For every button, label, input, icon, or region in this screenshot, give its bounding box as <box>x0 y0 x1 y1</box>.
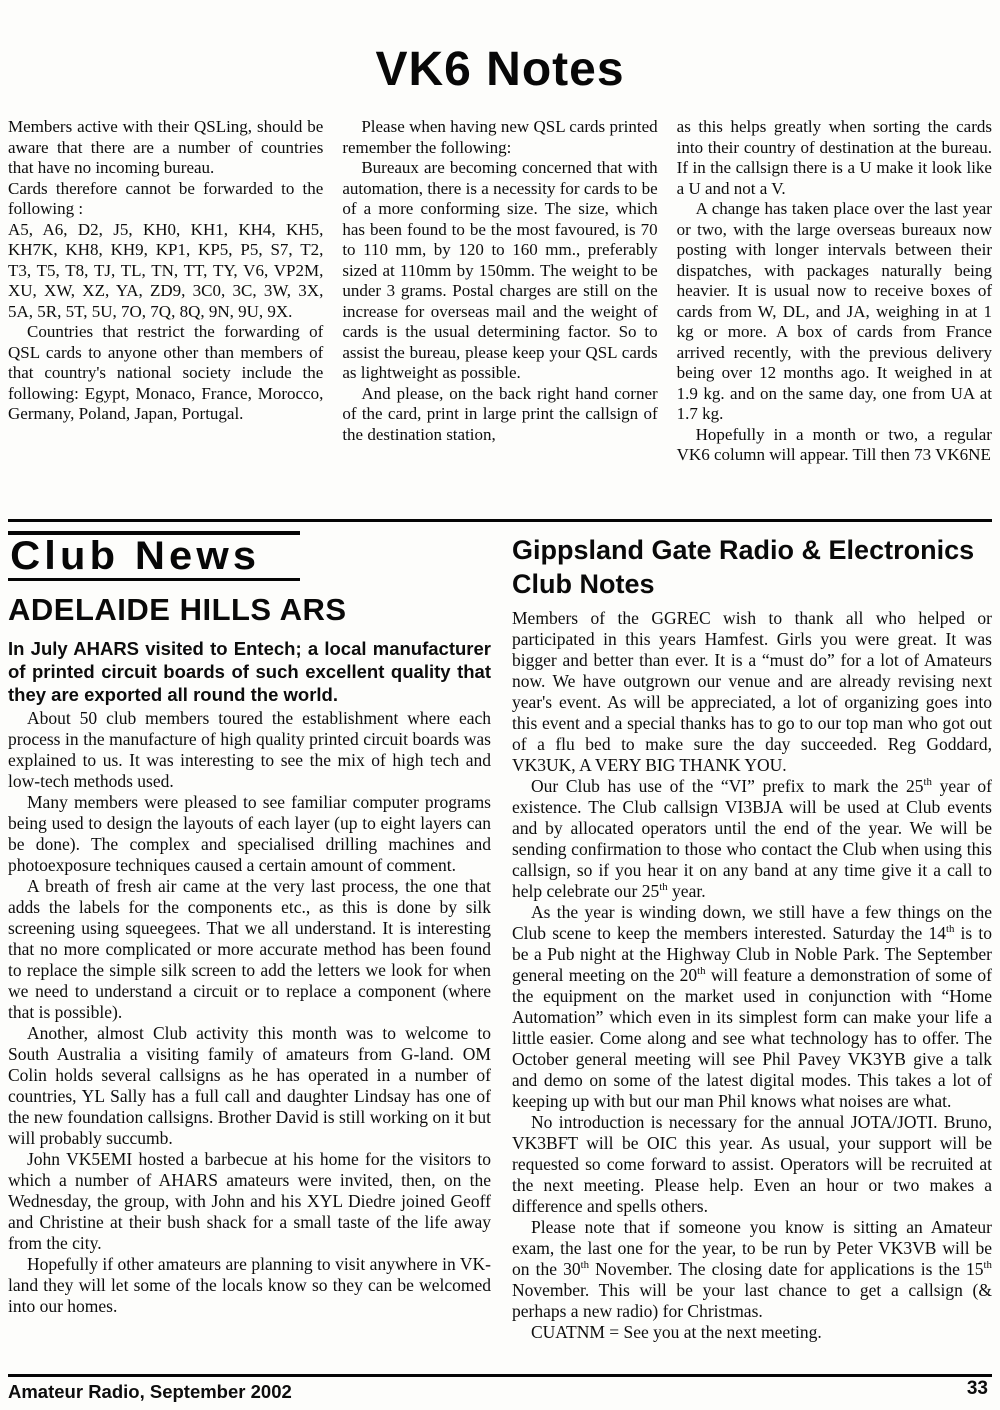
club-news-left-column: Club News ADELAIDE HILLS ARS In July AHA… <box>8 531 491 1317</box>
gippsland-body: Members of the GGREC wish to thank all w… <box>512 608 992 1343</box>
vk6-notes-section: Members active with their QSLing, should… <box>8 117 992 466</box>
paragraph: A change has taken place over the last y… <box>677 199 992 425</box>
adelaide-hills-heading: ADELAIDE HILLS ARS <box>8 592 491 628</box>
club-news-right-column: Gippsland Gate Radio & Electronics Club … <box>512 531 992 1343</box>
adelaide-body: About 50 club members toured the establi… <box>8 708 491 1317</box>
paragraph: as this helps greatly when sorting the c… <box>677 117 992 199</box>
page-number: 33 <box>967 1378 988 1400</box>
callsign-list: A5, A6, D2, J5, KH0, KH1, KH4, KH5, KH7K… <box>8 220 323 323</box>
masthead-underline <box>8 578 300 581</box>
gippsland-heading: Gippsland Gate Radio & Electronics Club … <box>512 533 992 601</box>
adelaide-lead-paragraph: In July AHARS visited to Entech; a local… <box>8 637 491 706</box>
paragraph: No introduction is necessary for the ann… <box>512 1112 992 1217</box>
journal-name-date: Amateur Radio, September 2002 <box>8 1381 292 1403</box>
paragraph: Another, almost Club activity this month… <box>8 1023 491 1149</box>
vk6-column-1: Members active with their QSLing, should… <box>8 117 323 466</box>
paragraph: Hopefully if other amateurs are planning… <box>8 1254 491 1317</box>
paragraph: CUATNM = See you at the next meeting. <box>512 1322 992 1343</box>
paragraph: About 50 club members toured the establi… <box>8 708 491 792</box>
paragraph: Members active with their QSLing, should… <box>8 117 323 179</box>
magazine-page: VK6 Notes Members active with their QSLi… <box>0 0 1000 1410</box>
paragraph: John VK5EMI hosted a barbecue at his hom… <box>8 1149 491 1254</box>
paragraph: Bureaux are becoming concerned that with… <box>342 158 657 384</box>
footer-rule <box>8 1374 992 1377</box>
club-news-title: Club News <box>8 535 312 578</box>
page-title: VK6 Notes <box>0 42 1000 97</box>
vk6-column-2: Please when having new QSL cards printed… <box>342 117 657 466</box>
paragraph: Members of the GGREC wish to thank all w… <box>512 608 992 776</box>
paragraph: As the year is winding down, we still ha… <box>512 902 992 1112</box>
paragraph: A breath of fresh air came at the very l… <box>8 876 491 1023</box>
paragraph: Our Club has use of the “VI” prefix to m… <box>512 776 992 902</box>
paragraph: Hopefully in a month or two, a regular V… <box>677 425 992 466</box>
paragraph: Cards therefore cannot be forwarded to t… <box>8 179 323 220</box>
paragraph: Countries that restrict the forwarding o… <box>8 322 323 425</box>
section-divider-rule <box>8 519 992 522</box>
club-news-masthead: Club News <box>8 531 300 581</box>
paragraph: Please when having new QSL cards printed… <box>342 117 657 158</box>
vk6-column-3: as this helps greatly when sorting the c… <box>677 117 992 466</box>
paragraph: And please, on the back right hand corne… <box>342 384 657 446</box>
paragraph: Many members were pleased to see familia… <box>8 792 491 876</box>
paragraph: Please note that if someone you know is … <box>512 1217 992 1322</box>
